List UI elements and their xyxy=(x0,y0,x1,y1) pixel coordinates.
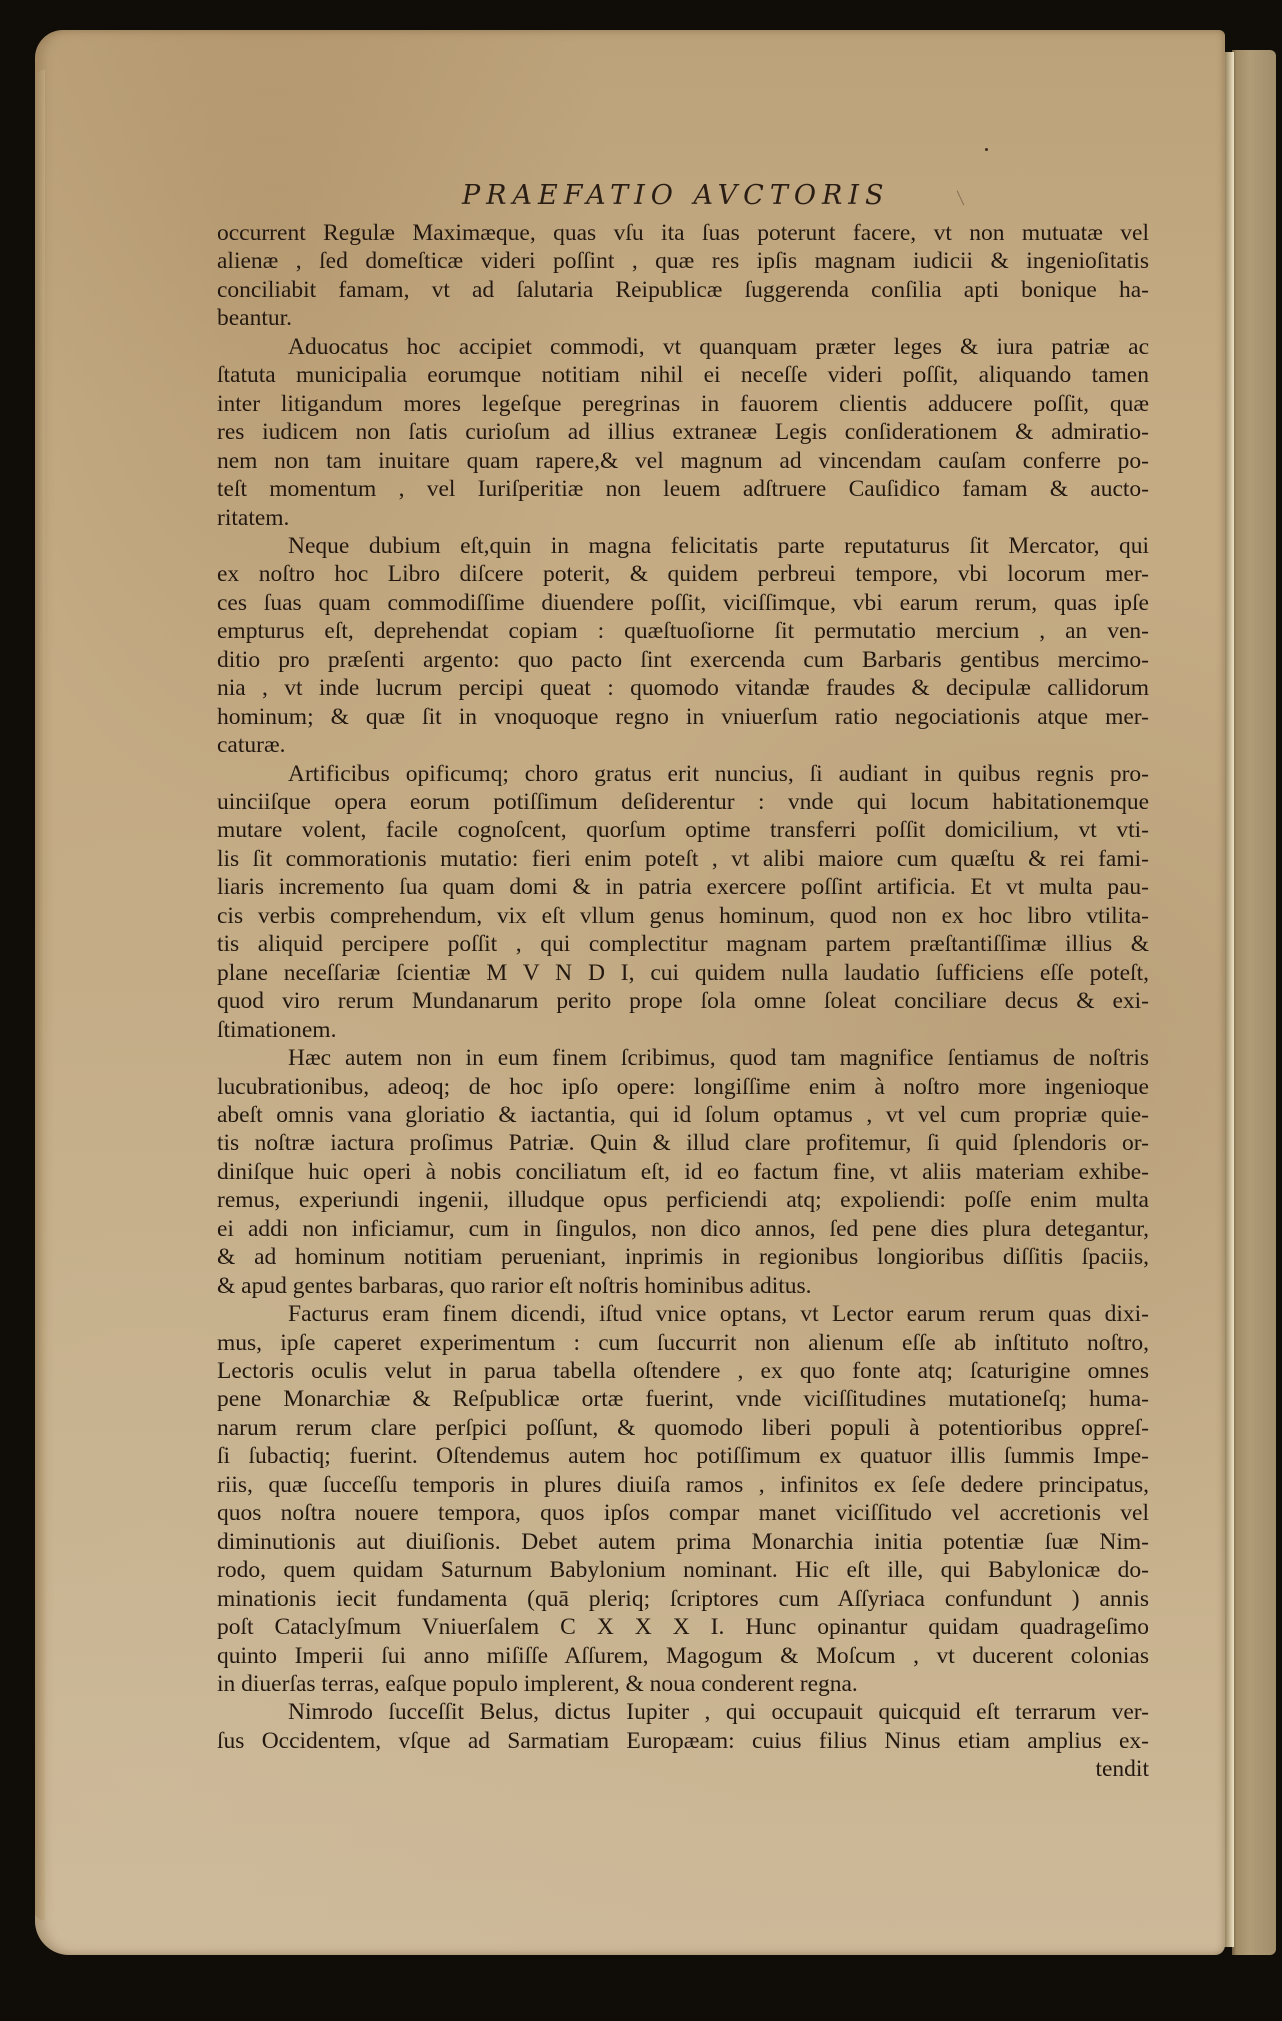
adjacent-page-edge xyxy=(1232,50,1276,1955)
text-line: Facturus eram finem dicendi, iſtud vnice… xyxy=(288,1300,1149,1328)
text-line: ei addi non inficiamur, cum in ſingulos,… xyxy=(217,1215,1149,1243)
text-line: hominum; & quæ ſit in vnoquoque regno in… xyxy=(217,703,1149,731)
text-line: quos noſtra nouere tempora, quos ipſos c… xyxy=(217,1499,1149,1527)
text-line: Nimrodo ſucceſſit Belus, dictus Iupiter … xyxy=(288,1698,1149,1726)
text-line: lucubrationibus, adeoq; de hoc ipſo oper… xyxy=(217,1073,1149,1101)
text-line: lis ſit commorationis mutatio: fieri eni… xyxy=(217,845,1149,873)
text-line: quod viro rerum Mundanarum perito prope … xyxy=(217,987,1149,1015)
text-line: mutare volent, facile cognoſcent, quorſu… xyxy=(217,816,1149,844)
text-line: teſt momentum , vel Iuriſperitiæ non leu… xyxy=(217,475,1149,503)
page-left-shadow xyxy=(35,70,45,1920)
text-line: ces ſuas quam commodiſſime diuendere poſ… xyxy=(217,589,1149,617)
text-line: diniſque huic operi à nobis conciliatum … xyxy=(217,1158,1149,1186)
text-line: cis verbis comprehendum, vix eſt vllum g… xyxy=(217,902,1149,930)
text-line: ſi ſubactiq; fuerint. Oſtendemus autem h… xyxy=(217,1442,1149,1470)
text-line: ſus Occidentem, vſque ad Sarmatiam Europ… xyxy=(217,1727,1149,1755)
text-line: narum rerum clare perſpici poſſunt, & qu… xyxy=(217,1414,1149,1442)
text-line: ditio pro præſenti argento: quo pacto ſi… xyxy=(217,646,1149,674)
text-line: ritatem. xyxy=(217,504,1149,532)
text-line: Neque dubium eſt,quin in magna felicitat… xyxy=(288,532,1149,560)
text-line: beantur. xyxy=(217,304,1149,332)
text-line: minationis iecit fundamenta (quā pleriq;… xyxy=(217,1585,1149,1613)
text-line: empturus eſt, deprehendat copiam : quæſt… xyxy=(217,617,1149,645)
text-line: caturæ. xyxy=(217,731,1149,759)
text-line: inter litigandum mores legeſque peregrin… xyxy=(217,390,1149,418)
text-line: rodo, quem quidam Saturnum Babylonium no… xyxy=(217,1556,1149,1584)
text-line: ſtimationem. xyxy=(217,1016,1149,1044)
text-line: liaris incremento ſua quam domi & in pat… xyxy=(217,873,1149,901)
text-line: Aduocatus hoc accipiet commodi, vt quanq… xyxy=(288,333,1149,361)
page-header: PRAEFATIO AVCTORIS xyxy=(462,180,889,211)
text-line: Hæc autem non in eum finem ſcribimus, qu… xyxy=(288,1044,1149,1072)
text-line: poſt Cataclyſmum Vniuerſalem C X X X I. … xyxy=(217,1613,1149,1641)
text-line: Artificibus opificumq; choro gratus erit… xyxy=(288,760,1149,788)
text-line: mus, ipſe caperet experimentum : cum ſuc… xyxy=(217,1329,1149,1357)
text-line: alienæ , ſed domeſticæ videri poſſint , … xyxy=(217,247,1149,275)
text-line: diminutionis aut diuiſionis. Debet autem… xyxy=(217,1528,1149,1556)
text-line: uinciiſque opera eorum potiſſimum deſide… xyxy=(217,788,1149,816)
text-line: nem non tam inuitare quam rapere,& vel m… xyxy=(217,447,1149,475)
text-line: ſtatuta municipalia eorumque notitiam ni… xyxy=(217,361,1149,389)
text-line: & apud gentes barbaras, quo rarior eſt n… xyxy=(217,1272,1149,1300)
text-line: tendit xyxy=(217,1755,1149,1783)
text-line: quinto Imperii ſui anno miſiſſe Aſſurem,… xyxy=(217,1642,1149,1670)
text-line: tis aliquid percipere poſſit , qui compl… xyxy=(217,930,1149,958)
text-line: riis, quæ ſucceſſu temporis in plures di… xyxy=(217,1471,1149,1499)
text-line: plane neceſſariæ ſcientiæ M V N D I, cui… xyxy=(217,959,1149,987)
text-line: abeſt omnis vana gloriatio & iactantia, … xyxy=(217,1101,1149,1129)
text-line: occurrent Regulæ Maximæque, quas vſu ita… xyxy=(217,219,1149,247)
text-line: conciliabit famam, vt ad ſalutaria Reipu… xyxy=(217,276,1149,304)
text-line: tis noſtræ iactura proſimus Patriæ. Quin… xyxy=(217,1129,1149,1157)
ink-speck xyxy=(985,148,988,151)
text-line: nia , vt inde lucrum percipi queat : quo… xyxy=(217,674,1149,702)
text-line: res iudicem non ſatis curioſum ad illius… xyxy=(217,418,1149,446)
text-line: & ad hominum notitiam perueniant, inprim… xyxy=(217,1243,1149,1271)
text-line: Lectoris oculis velut in parua tabella o… xyxy=(217,1357,1149,1385)
text-line: in diuerſas terras, eaſque populo impler… xyxy=(217,1670,1149,1698)
text-line: remus, experiundi ingenii, illudque opus… xyxy=(217,1186,1149,1214)
text-line: ex noſtro hoc Libro diſcere poterit, & q… xyxy=(217,560,1149,588)
text-line: pene Monarchiæ & Reſpublicæ ortæ fuerint… xyxy=(217,1385,1149,1413)
